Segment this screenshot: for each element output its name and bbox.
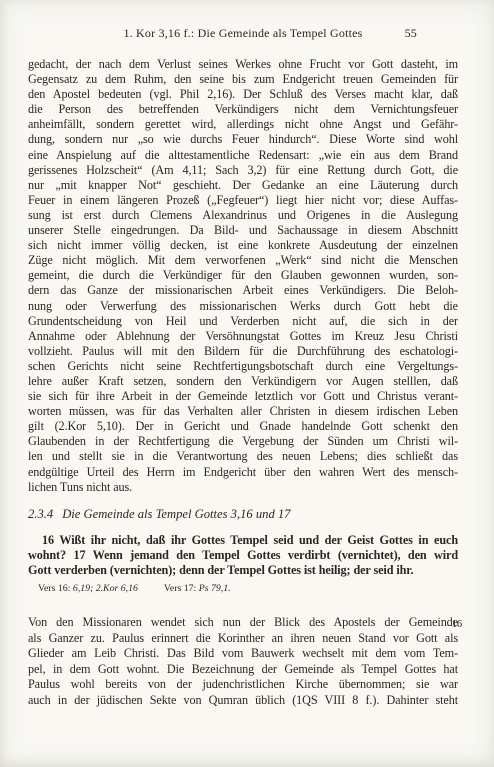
reference-label: Vers 17: xyxy=(164,583,199,594)
section-number: 2.3.4 xyxy=(28,507,53,521)
text-line: lehre außer Kraft setzen, sondern den Ve… xyxy=(28,374,458,389)
text-line: sung ist erst durch Clemens Alexandrinus… xyxy=(28,208,458,223)
text-line: Gott verderben (vernichten); denn der Te… xyxy=(28,563,458,578)
section-heading: 2.3.4Die Gemeinde als Tempel Gottes 3,16… xyxy=(28,507,458,522)
text-line: Züge nicht möglich. Mit dem verworfenen … xyxy=(28,253,458,268)
text-line: schen Gerichts nicht seine Rechtfertigun… xyxy=(28,359,458,374)
text-line: sie sich für ihre Arbeit in der Gemeinde… xyxy=(28,389,458,404)
text-line: Feuer in einem längeren Prozeß („Fegfeue… xyxy=(28,193,458,208)
running-head-title: 1. Kor 3,16 f.: Die Gemeinde als Tempel … xyxy=(123,26,362,40)
page-number: 55 xyxy=(405,26,417,41)
text-line: unserer Stelle eingedrungen. Da Bild- un… xyxy=(28,223,458,238)
text-line: die Person des betreffenden Verkündigers… xyxy=(28,102,458,117)
text-line: Annahme oder Ablehnung der Versöhnungsta… xyxy=(28,329,458,344)
text-line: sich nicht immer völlig decken, ist eine… xyxy=(28,238,458,253)
text-line: dung, sondern nur „so wie durchs Feuer h… xyxy=(28,132,458,147)
paragraph-temple-discussion: 16 Von den Missionaren wendet sich nun d… xyxy=(28,615,458,709)
section-title: Die Gemeinde als Tempel Gottes 3,16 und … xyxy=(62,507,290,521)
text-line: lichen Tuns nicht aus. xyxy=(28,480,458,495)
text-line: 16 Wißt ihr nicht, daß ihr Gottes Tempel… xyxy=(28,533,458,548)
text-line: dern das Ganze der missionarischen Arbei… xyxy=(28,283,458,298)
text-line: pel, in dem Gott wohnt. Die Bezeichnung … xyxy=(28,662,458,678)
text-line: len und stellt sie in die Verantwortung … xyxy=(28,449,458,464)
reference-citation: 6,19; 2.Kor 6,16 xyxy=(73,583,138,594)
text-line: vollzieht. Paulus will mit den Bildern f… xyxy=(28,344,458,359)
text-line: nur „mit knapper Not“ geschieht. Der Ged… xyxy=(28,178,458,193)
text-line: gilt (2.Kor 5,10). Der in Gericht und Gn… xyxy=(28,419,458,434)
text-line: den Apostel bedeuten (vgl. Phil 2,16). D… xyxy=(28,87,458,102)
text-line: eine Anspielung auf die alttestamentlich… xyxy=(28,148,458,163)
text-line: anheimfällt, sondern gerettet wird, alle… xyxy=(28,117,458,132)
reference-citation: Ps 79,1. xyxy=(199,583,231,594)
text-line: Grundentscheidung von Heil und Verderben… xyxy=(28,314,458,329)
text-line: wohnt? 17 Wenn jemand den Tempel Gottes … xyxy=(28,548,458,563)
verse-text-block: 16 Wißt ihr nicht, daß ihr Gottes Tempel… xyxy=(28,533,458,578)
text-line: als Ganzer zu. Paulus erinnert die Korin… xyxy=(28,631,458,647)
text-line: worten müssen, was für das Verhalten all… xyxy=(28,404,458,419)
text-line: gerissenes Holzscheit“ (Am 4,11; Sach 3,… xyxy=(28,163,458,178)
text-line: gedacht, der nach dem Verlust seines Wer… xyxy=(28,57,458,72)
text-line: Gegensatz zu dem Ruhm, den seine bis zum… xyxy=(28,72,458,87)
book-page: 1. Kor 3,16 f.: Die Gemeinde als Tempel … xyxy=(0,0,494,767)
text-line: Paulus wohl bereits von der judenchristl… xyxy=(28,677,458,693)
running-head: 1. Kor 3,16 f.: Die Gemeinde als Tempel … xyxy=(28,26,458,41)
text-line: nung oder Verwerfung des missionarischen… xyxy=(28,299,458,314)
text-line: Glieder am Leib Christi. Das Bild vom Ba… xyxy=(28,646,458,662)
reference-label: Vers 16: xyxy=(38,583,73,594)
verse-margin-number: 16 xyxy=(452,617,462,632)
text-line: Von den Missionaren wendet sich nun der … xyxy=(28,615,458,631)
paragraph-judgment-discussion: gedacht, der nach dem Verlust seines Wer… xyxy=(28,57,458,495)
text-line: auch in der jüdischen Sekte von Qumran ü… xyxy=(28,693,458,709)
text-line: endgültige Urteil des Herrn im Endgerich… xyxy=(28,465,458,480)
text-line: Glaubenden in der Rechtfertigung die Ver… xyxy=(28,434,458,449)
verse-references: Vers 16: 6,19; 2.Kor 6,16Vers 17: Ps 79,… xyxy=(38,583,494,594)
text-line: gemeint, die durch die Verkündiger für d… xyxy=(28,268,458,283)
